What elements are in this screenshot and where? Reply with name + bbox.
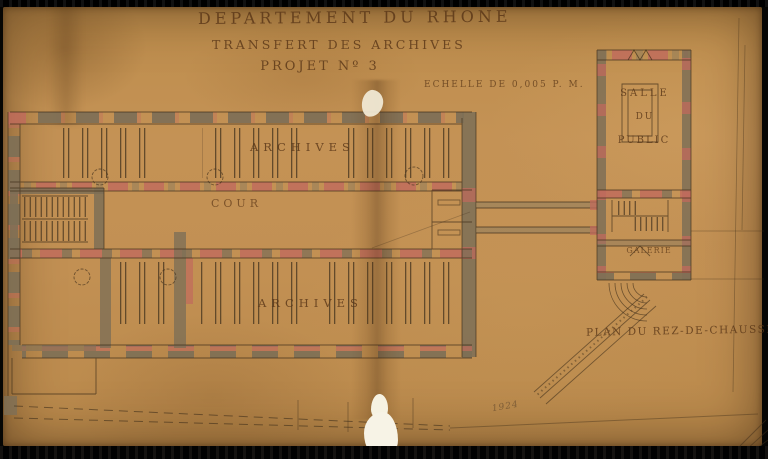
room-label-archives-top: ARCHIVES bbox=[250, 140, 355, 154]
room-label-du: DU bbox=[612, 112, 678, 122]
film-edge-bottom bbox=[0, 446, 768, 459]
room-label-public: PUBLIC bbox=[608, 135, 680, 146]
main-building bbox=[4, 112, 476, 415]
ramp-hatching bbox=[534, 294, 656, 404]
title-line-1: DEPARTEMENT DU RHONE bbox=[198, 7, 470, 28]
film-edge-top bbox=[0, 0, 768, 7]
title-line-3: PROJET Nº 3 bbox=[240, 59, 400, 74]
room-label-salle: SALLE bbox=[612, 88, 678, 99]
fold-stain bbox=[352, 80, 400, 420]
photograph-of-plan: DEPARTEMENT DU RHONE TRANSFERT DES ARCHI… bbox=[0, 0, 768, 459]
corridor bbox=[476, 200, 598, 235]
scale-note: ECHELLE DE 0,005 P. M. bbox=[424, 80, 585, 90]
room-label-archives-bottom: ARCHIVES bbox=[258, 296, 363, 310]
room-label-galerie: GALERIE bbox=[612, 246, 686, 255]
title-line-2: TRANSFERT DES ARCHIVES bbox=[212, 37, 456, 52]
room-label-cour: COUR bbox=[211, 197, 262, 210]
